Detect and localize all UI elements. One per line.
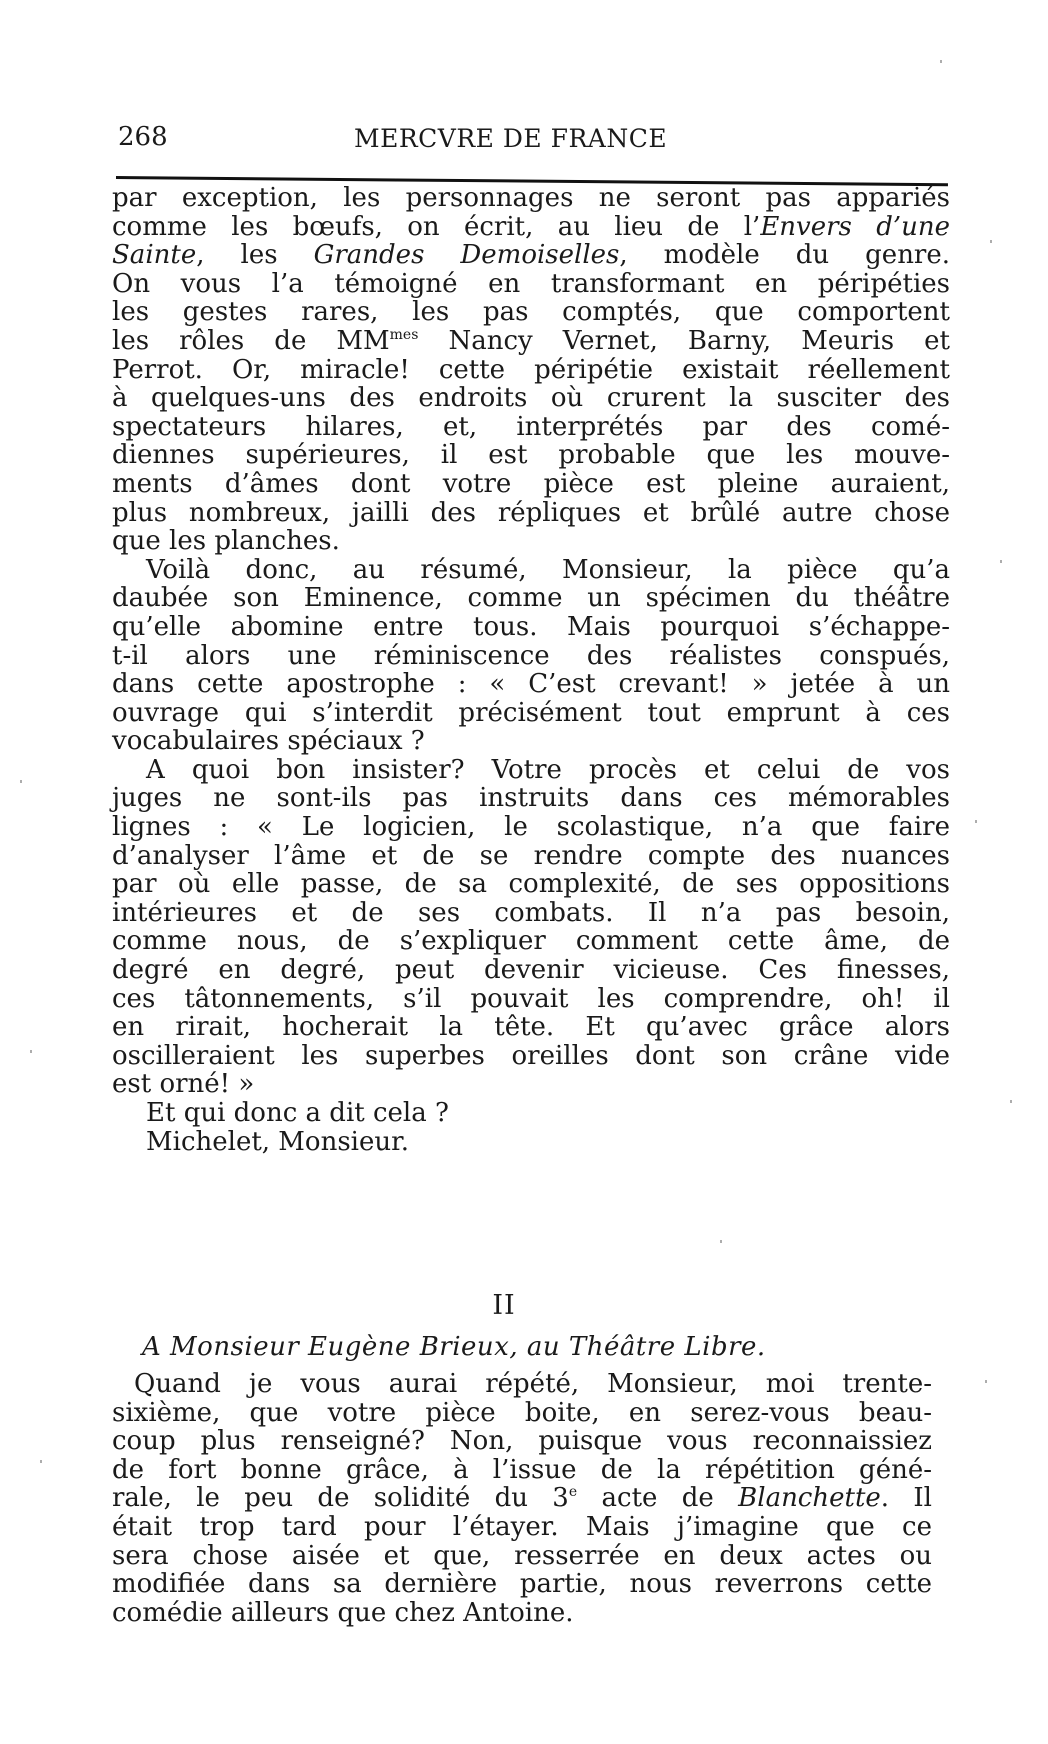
text-line: intérieures et de ses combats. Il n’a pa…	[112, 899, 950, 928]
scanned-page: 268 MERCVRE DE FRANCE par exception, les…	[0, 0, 1048, 1744]
text-line: On vous l’a témoigné en transformant en …	[112, 270, 950, 299]
running-title: MERCVRE DE FRANCE	[354, 124, 667, 153]
section-two-body: Quand je vous aurai répété, Monsieur, mo…	[112, 1370, 932, 1627]
italic-title: Blanchette	[738, 1483, 881, 1513]
text-line: oscilleraient les superbes oreilles dont…	[112, 1042, 950, 1071]
text-line: comme les bœufs, on écrit, au lieu de l’…	[112, 213, 950, 242]
italic-title: Sainte	[112, 240, 196, 270]
text-line: de fort bonne grâce, à l’issue de la rép…	[112, 1456, 932, 1485]
text-line: comme nous, de s’expliquer comment cette…	[112, 927, 950, 956]
scan-speck	[20, 780, 22, 783]
text-fragment: les rôles de MM	[112, 326, 390, 356]
text-line: modifiée dans sa dernière partie, nous r…	[112, 1570, 932, 1599]
scan-speck	[40, 1460, 42, 1463]
section-number: II	[0, 1290, 1008, 1321]
text-line: comédie ailleurs que chez Antoine.	[112, 1599, 932, 1628]
text-line: que les planches.	[112, 527, 950, 556]
text-line: lignes : « Le logicien, le scolastique, …	[112, 813, 950, 842]
text-fragment: . Il	[881, 1483, 932, 1513]
text-line: sixième, que votre pièce boite, en serez…	[112, 1399, 932, 1428]
text-line: Perrot. Or, miracle! cette péripétie exi…	[112, 356, 950, 385]
scan-speck	[1010, 1100, 1012, 1103]
text-line: en rirait, hocherait la tête. Et qu’avec…	[112, 1013, 950, 1042]
italic-title: Grandes Demoiselles	[314, 240, 620, 270]
text-line: qu’elle abomine entre tous. Mais pourquo…	[112, 613, 950, 642]
text-line: ces tâtonnements, s’il pouvait les compr…	[112, 985, 950, 1014]
superscript: mes	[390, 327, 419, 343]
text-fragment: comme les bœufs, on écrit, au lieu de l’	[112, 212, 760, 242]
scan-speck	[30, 1050, 32, 1053]
text-line: sera chose aisée et que, resserrée en de…	[112, 1542, 932, 1571]
text-line: les gestes rares, les pas comptés, que c…	[112, 298, 950, 327]
text-line: coup plus renseigné? Non, puisque vous r…	[112, 1427, 932, 1456]
section-heading: A Monsieur Eugène Brieux, au Théâtre Lib…	[142, 1332, 766, 1362]
text-fragment: Nancy Vernet, Barny, Meuris et	[418, 326, 950, 356]
page-number: 268	[118, 122, 168, 152]
text-line: diennes supérieures, il est probable que…	[112, 441, 950, 470]
text-line: d’analyser l’âme et de se rendre compte …	[112, 842, 950, 871]
text-line: degré en degré, peut devenir vicieuse. C…	[112, 956, 950, 985]
text-fragment: acte de	[577, 1483, 738, 1513]
text-line: daubée son Eminence, comme un spécimen d…	[112, 584, 950, 613]
scan-speck	[990, 240, 992, 243]
text-line: est orné! »	[112, 1070, 950, 1099]
text-line: Michelet, Monsieur.	[112, 1128, 950, 1157]
section-one-body: par exception, les personnages ne seront…	[112, 184, 950, 1156]
text-line: Sainte, les Grandes Demoiselles, modèle …	[112, 241, 950, 270]
italic-title: Envers d’une	[760, 212, 950, 242]
scan-speck	[940, 60, 942, 63]
text-line: Voilà donc, au résumé, Monsieur, la pièc…	[112, 556, 950, 585]
scan-speck	[985, 1380, 987, 1383]
text-fragment: rale, le peu de solidité du 3	[112, 1483, 569, 1513]
text-line: t-il alors une réminiscence des réaliste…	[112, 642, 950, 671]
text-line: dans cette apostrophe : « C’est crevant!…	[112, 670, 950, 699]
text-line: à quelques-uns des endroits où crurent l…	[112, 384, 950, 413]
text-line: ouvrage qui s’interdit précisément tout …	[112, 699, 950, 728]
text-line: était trop tard pour l’étayer. Mais j’im…	[112, 1513, 932, 1542]
text-fragment: , les	[196, 240, 313, 270]
scan-speck	[720, 1240, 722, 1243]
scan-speck	[1000, 560, 1002, 563]
text-line: par exception, les personnages ne seront…	[112, 184, 950, 213]
text-line: par où elle passe, de sa complexité, de …	[112, 870, 950, 899]
text-line: Quand je vous aurai répété, Monsieur, mo…	[112, 1370, 932, 1399]
text-line: Et qui donc a dit cela ?	[112, 1099, 950, 1128]
text-line: rale, le peu de solidité du 3e acte de B…	[112, 1484, 932, 1513]
text-line: ments d’âmes dont votre pièce est pleine…	[112, 470, 950, 499]
page-header: 268 MERCVRE DE FRANCE	[118, 118, 958, 158]
text-line: spectateurs hilares, et, interprétés par…	[112, 413, 950, 442]
scan-speck	[975, 820, 977, 823]
text-line: plus nombreux, jailli des répliques et b…	[112, 499, 950, 528]
superscript: e	[569, 1484, 577, 1500]
text-line: A quoi bon insister? Votre procès et cel…	[112, 756, 950, 785]
text-line: juges ne sont-ils pas instruits dans ces…	[112, 784, 950, 813]
text-line: les rôles de MMmes Nancy Vernet, Barny, …	[112, 327, 950, 356]
text-fragment: , modèle du genre.	[619, 240, 950, 270]
text-line: vocabulaires spéciaux ?	[112, 727, 950, 756]
